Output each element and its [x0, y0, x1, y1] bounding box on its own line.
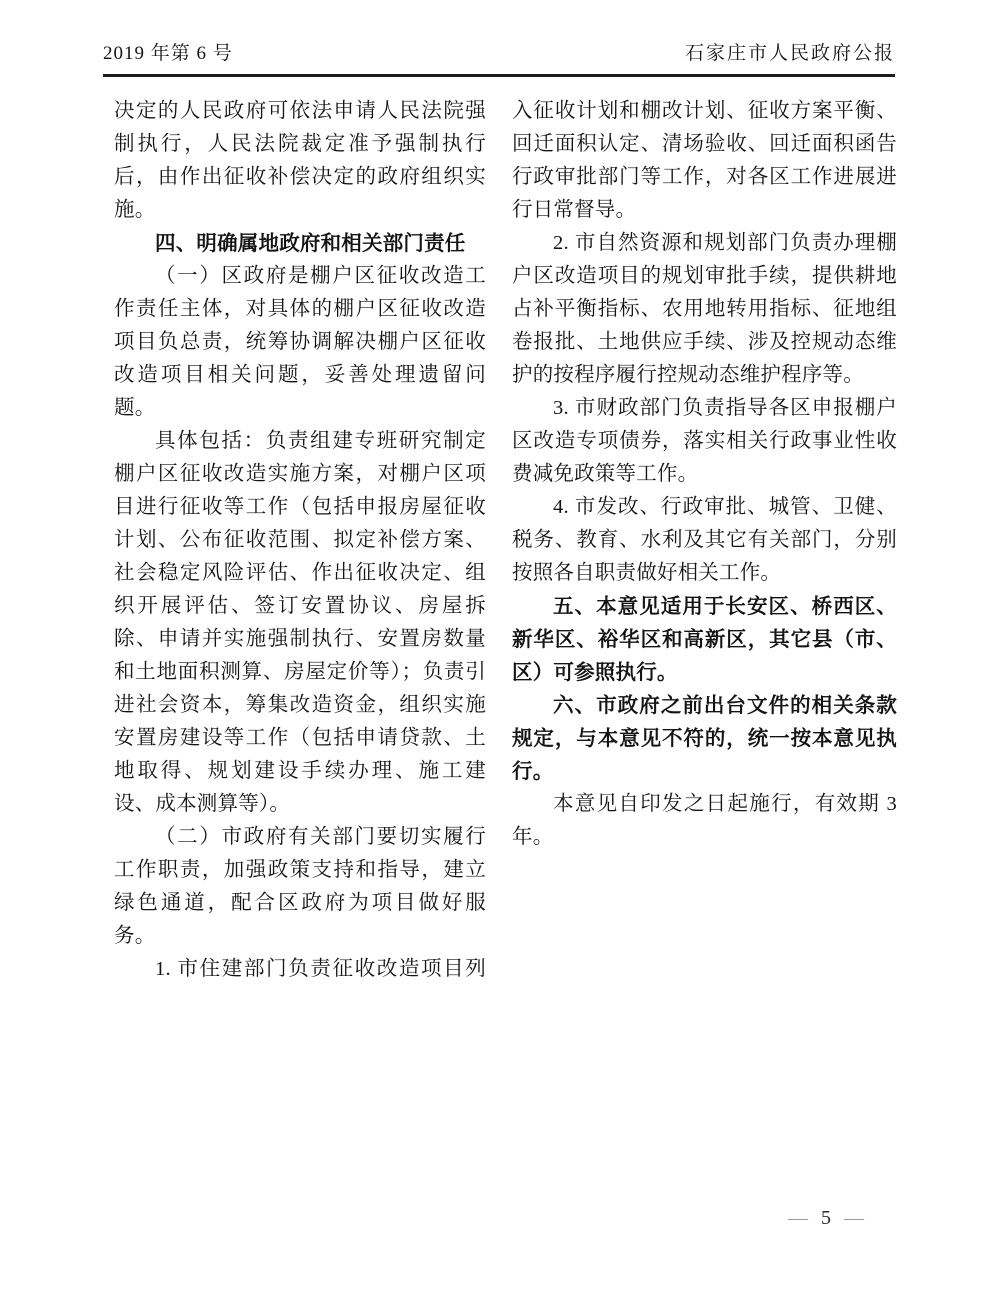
issue-number: 2019 年第 6 号 — [103, 42, 233, 66]
paragraph-effective-date: 本意见自印发之日起施行，有效期 3 年。 — [512, 788, 897, 854]
page-header: 2019 年第 6 号 石家庄市人民政府公报 — [103, 42, 895, 77]
right-column: 入征收计划和棚改计划、征收方案平衡、回迁面积认定、清场验收、回迁面积函告行政审批… — [512, 95, 897, 854]
section-heading-four: 四、明确属地政府和相关部门责任 — [114, 227, 486, 260]
section-heading-five: 五、本意见适用于长安区、桥西区、新华区、裕华区和高新区，其它县（市、区）可参照执… — [512, 590, 897, 689]
paragraph-dept-3: 3. 市财政部门负责指导各区申报棚户区改造专项债券，落实相关行政事业性收费减免政… — [512, 392, 897, 491]
publication-title: 石家庄市人民政府公报 — [685, 42, 895, 66]
gazette-page: 2019 年第 6 号 石家庄市人民政府公报 决定的人民政府可依法申请人民法院强… — [0, 0, 1000, 1294]
page-number-dash-right: — — [844, 1204, 864, 1232]
paragraph-dept-2: 2. 市自然资源和规划部门负责办理棚户区改造项目的规划审批手续，提供耕地占补平衡… — [512, 227, 897, 392]
paragraph-details: 具体包括：负责组建专班研究制定棚户区征收改造实施方案，对棚户区项目进行征收等工作… — [114, 425, 486, 821]
left-column: 决定的人民政府可依法申请人民法院强制执行，人民法院裁定准予强制执行后，由作出征收… — [114, 95, 486, 986]
paragraph-continuation: 决定的人民政府可依法申请人民法院强制执行，人民法院裁定准予强制执行后，由作出征收… — [114, 95, 486, 227]
paragraph-item-one: （一）区政府是棚户区征收改造工作责任主体，对具体的棚户区征收改造项目负总责，统筹… — [114, 260, 486, 425]
paragraph-item-two: （二）市政府有关部门要切实履行工作职责，加强政策支持和指导，建立绿色通道，配合区… — [114, 821, 486, 953]
page-number-value: 5 — [821, 1204, 831, 1232]
paragraph-dept-1-start: 1. 市住建部门负责征收改造项目列 — [114, 953, 486, 986]
paragraph-dept-1-end: 入征收计划和棚改计划、征收方案平衡、回迁面积认定、清场验收、回迁面积函告行政审批… — [512, 95, 897, 227]
paragraph-dept-4: 4. 市发改、行政审批、城管、卫健、税务、教育、水利及其它有关部门，分别按照各自… — [512, 491, 897, 590]
section-heading-six: 六、市政府之前出台文件的相关条款规定，与本意见不符的，统一按本意见执行。 — [512, 689, 897, 788]
page-number: — 5 — — [788, 1204, 864, 1232]
page-number-dash-left: — — [788, 1204, 808, 1232]
